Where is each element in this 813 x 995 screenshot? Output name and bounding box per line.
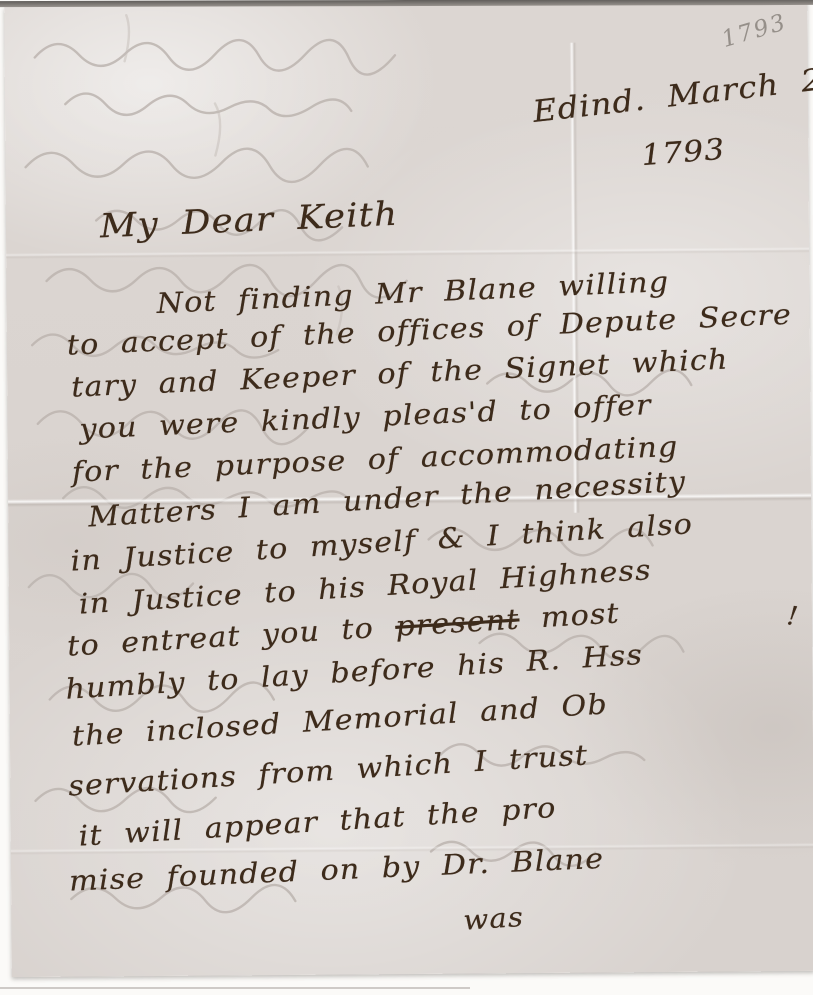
scanner-bottom-line [0, 987, 470, 989]
letter-page: 1793 Edind. March 2 1793 My Dear Keith N… [4, 1, 813, 977]
body-text: most [518, 596, 620, 635]
catchword: was [462, 902, 524, 937]
dateline-year: 1793 [640, 132, 726, 172]
